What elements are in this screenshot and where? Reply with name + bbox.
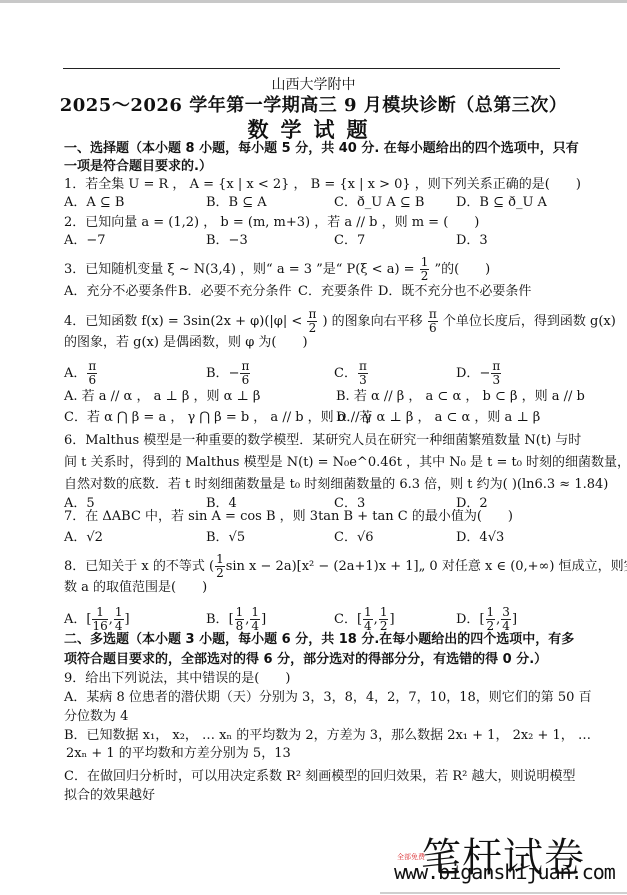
q9-option-b-line1: B．已知数据 x₁， x₂， … xₙ 的平均数为 2，方差为 3，那么数据 2…: [64, 727, 591, 745]
q8-stem: 8．已知关于 x 的不等式 (12sin x − 2a)[x² − (2a+1)…: [64, 553, 627, 580]
q8-option-a: A．[116,14]: [64, 606, 130, 633]
q1-option-a: A．A ⊆ B: [64, 194, 125, 212]
q7-option-a: A．√2: [64, 529, 103, 547]
q7-option-b: B．√5: [206, 529, 245, 547]
watermark-url: www.biganshijuan.com: [394, 860, 615, 884]
q8-option-c: C．[14,12]: [334, 606, 395, 633]
q9-stem: 9．给出下列说法，其中错误的是( ): [64, 670, 290, 688]
q3-stem-part2: ”的( ): [434, 262, 490, 277]
q4-stem-line2: 的图象，若 g(x) 是偶函数，则 φ 为( ): [64, 334, 308, 352]
section2-heading-line2: 项符合题目要求的，全部选对的得 6 分，部分选对的得部分分，有选错的得 0 分.…: [64, 651, 547, 669]
q4-option-a: A．π6: [64, 360, 98, 387]
q6-stem-line3: 自然对数的底数．若 t 时刻细菌数量是 t₀ 时刻细菌数量的 6.3 倍，则 t…: [64, 476, 608, 494]
bottom-border: [380, 892, 627, 894]
q2-stem: 2．已知向量 a = (1,2) ， b = (m, m+3) ，若 a // …: [64, 214, 479, 232]
q3-option-a: A．充分不必要条件: [64, 283, 177, 301]
q3-fraction: 12: [420, 256, 430, 283]
q1-option-c: C．ð_U A ⊆ B: [334, 194, 424, 212]
q4-fraction-pi-2: π2: [307, 308, 317, 335]
q4-option-b: B．−π6: [206, 360, 251, 387]
q8-option-b: B．[18,14]: [206, 606, 266, 633]
q4-option-d: D．−π3: [456, 360, 502, 387]
q5-option-d: D．若 α ⊥ β ， a ⊂ α ，则 a ⊥ β: [336, 409, 540, 427]
section2-heading-line1: 二、多选题（本小题 3 小题，每小题 6 分，共 18 分.在每小题给出的四个选…: [64, 631, 574, 649]
q5-option-a: A. 若 a // α ， a ⊥ β ，则 α ⊥ β: [64, 388, 260, 406]
section1-heading-line1: 一、选择题（本小题 8 小题，每小题 5 分，共 40 分. 在每小题给出的四个…: [64, 140, 579, 158]
q1-option-d: D．B ⊆ ð_U A: [456, 194, 547, 212]
q3-option-b: B．必要不充分条件: [178, 283, 292, 301]
q9-option-a-line1: A．某病 8 位患者的潜伏期（天）分别为 3，3，8，4，2，7，10，18，则…: [64, 689, 592, 707]
q6-stem-line1: 6．Malthus 模型是一种重要的数学模型．某研究人员在研究一种细菌繁殖数量 …: [64, 432, 581, 450]
q8-stem-line2: 数 a 的取值范围是( ): [64, 579, 207, 597]
q3-option-c: C．充要条件: [298, 283, 373, 301]
q2-option-d: D．3: [456, 232, 488, 250]
top-border: [0, 0, 627, 3]
header-rule: [63, 68, 560, 69]
q1-stem: 1．若全集 U = R ， A = {x | x < 2} ， B = {x |…: [64, 176, 581, 194]
q7-stem: 7．在 ΔABC 中，若 sin A = cos B ，则 3tan B + t…: [64, 508, 513, 526]
q4-fraction-pi-6: π6: [428, 308, 438, 335]
q8-fraction: 12: [215, 553, 225, 580]
q1-option-b: B．B ⊆ A: [206, 194, 267, 212]
q2-option-a: A．−7: [64, 232, 106, 250]
q5-option-b: B. 若 α // β ， a ⊂ α ， b ⊂ β ，则 a // b: [336, 388, 585, 406]
q3-stem: 3．已知随机变量 ξ ~ N(3,4) ，则“ a = 3 ”是“ P(ξ < …: [64, 256, 490, 283]
q9-option-c-line2: 拟合的效果越好: [64, 787, 155, 805]
q7-option-c: C．√6: [334, 529, 374, 547]
section1-heading-line2: 一项是符合题目要求的.）: [64, 158, 212, 176]
q9-option-c-line1: C．在做回归分析时，可以用决定系数 R² 刻画模型的回归效果，若 R² 越大，则…: [64, 768, 575, 786]
q5-option-c: C．若 α ⋂ β = a ， γ ⋂ β = b ， a // b ，则 α …: [64, 409, 371, 427]
q3-stem-part1: 3．已知随机变量 ξ ~ N(3,4) ，则“ a = 3 ”是“ P(ξ < …: [64, 262, 415, 277]
q9-option-a-line2: 分位数为 4: [64, 708, 128, 726]
q2-option-c: C．7: [334, 232, 365, 250]
q4-stem: 4．已知函数 f(x) = 3sin(2x + φ)(|φ| < π2 ) 的图…: [64, 308, 616, 335]
q4-option-c: C．π3: [334, 360, 369, 387]
q2-option-b: B．−3: [206, 232, 248, 250]
q8-option-d: D．[12,34]: [456, 606, 517, 633]
q3-option-d: D．既不充分也不必要条件: [378, 283, 531, 301]
q9-option-b-line2: 2xₙ + 1 的平均数和方差分别为 5，13: [66, 745, 291, 763]
q7-option-d: D．4√3: [456, 529, 504, 547]
q6-stem-line2: 间 t 关系时，得到的 Malthus 模型是 N(t) = N₀e^0.46t…: [64, 454, 627, 472]
